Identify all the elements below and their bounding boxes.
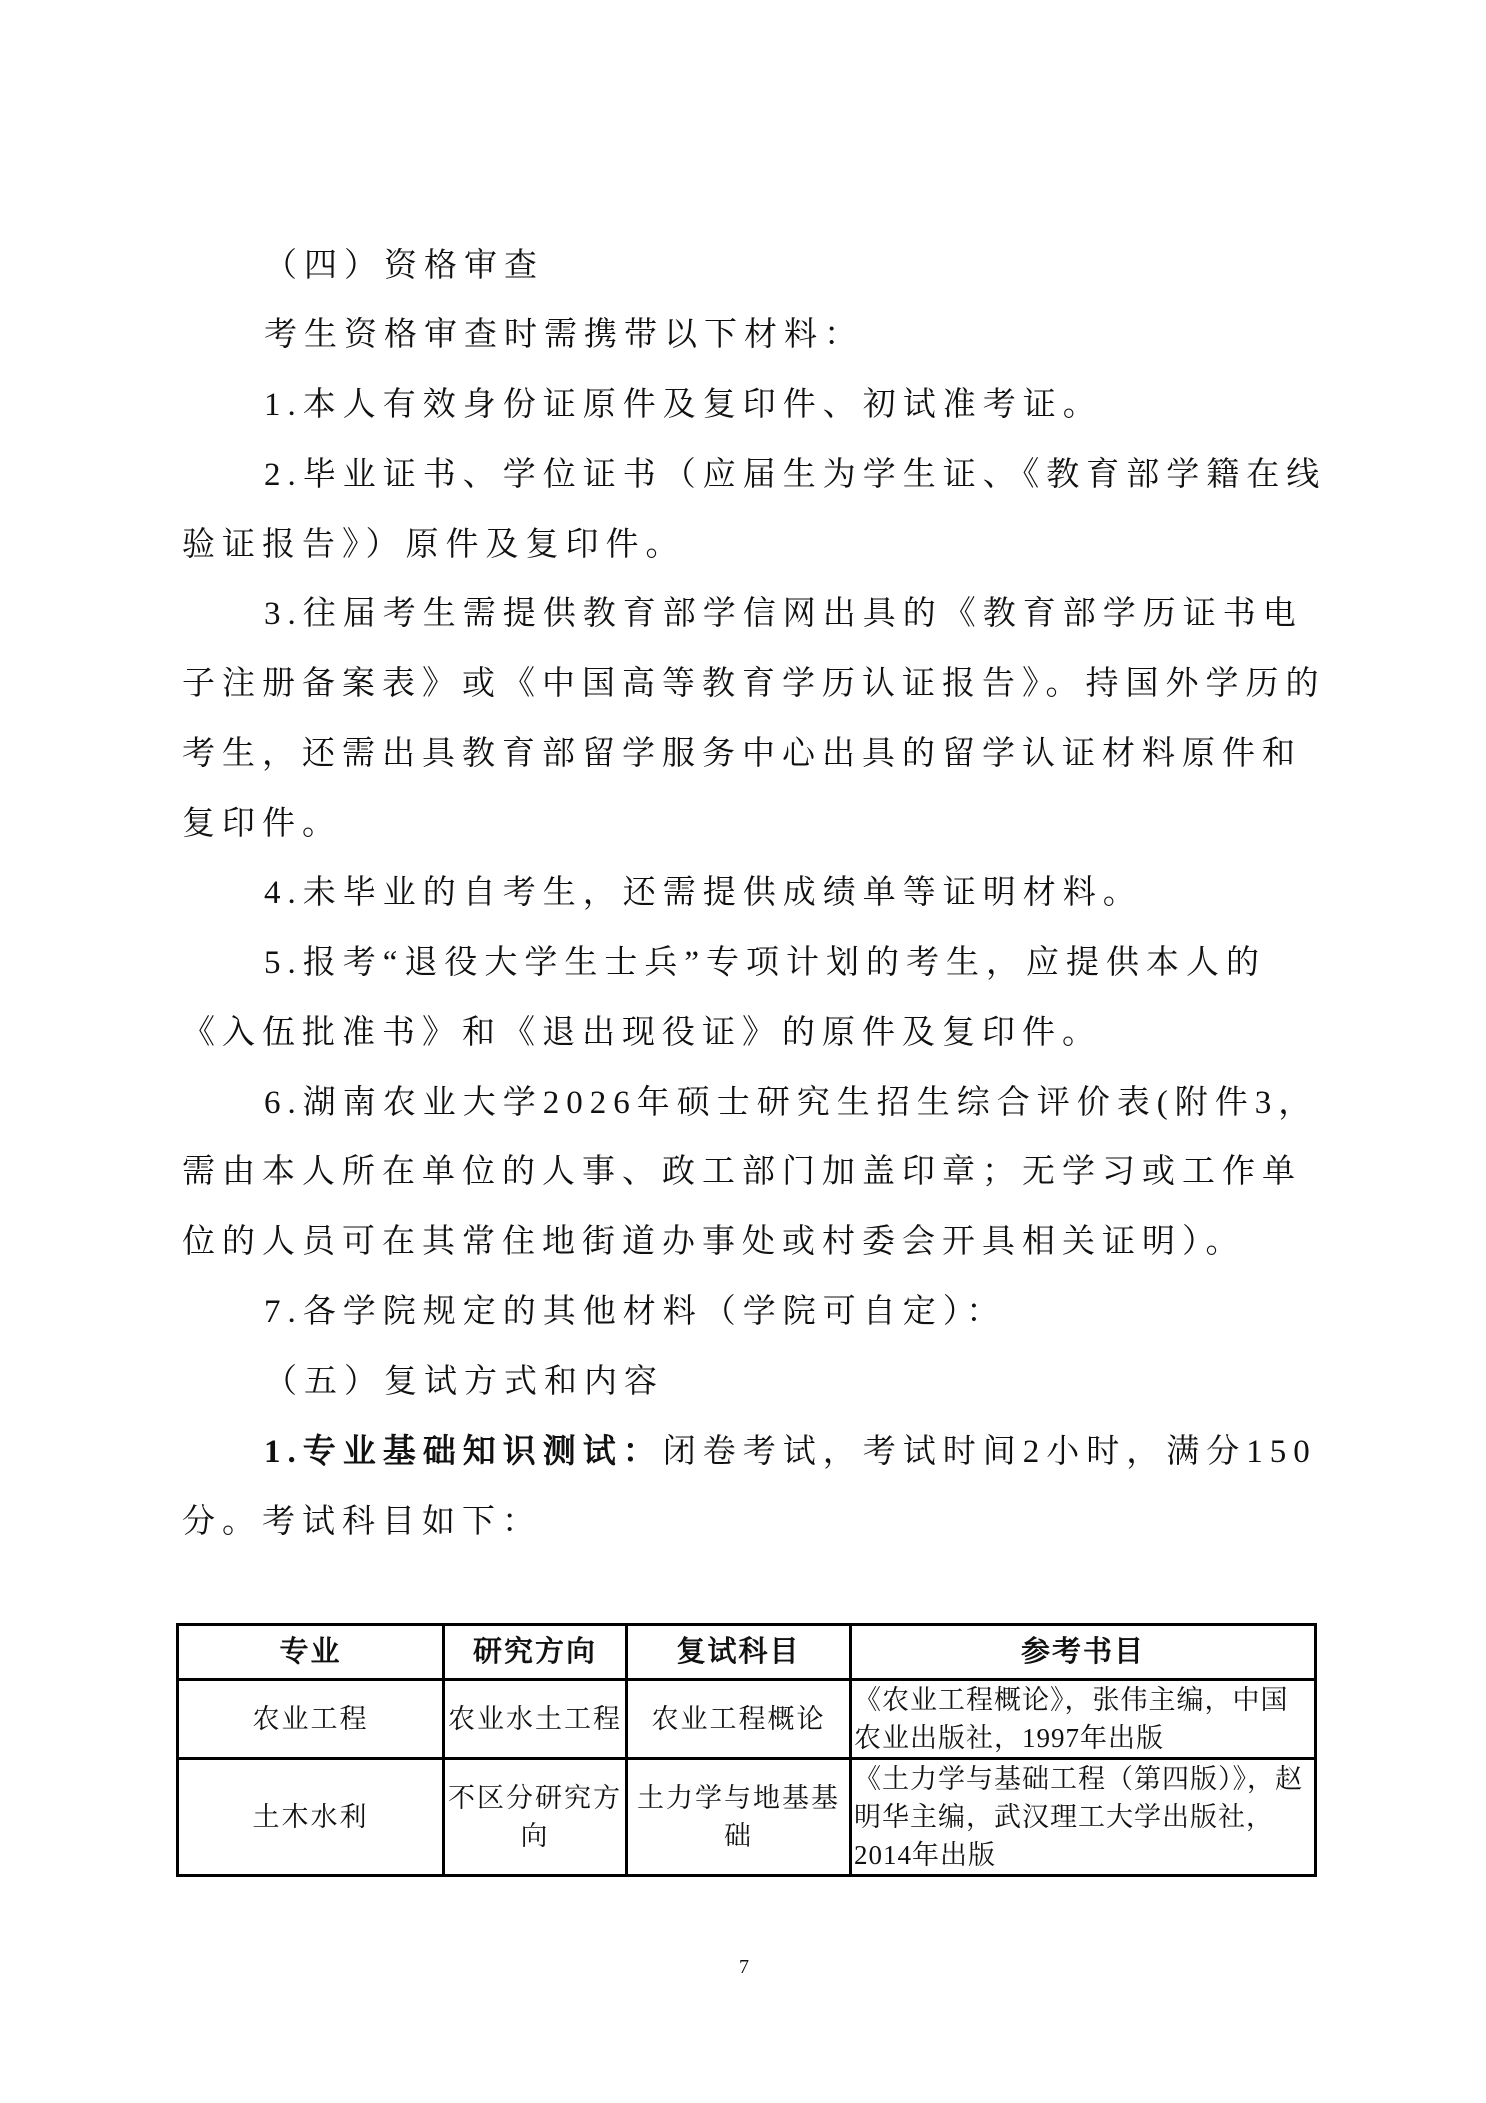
list-item-6-line-2: 需由本人所在单位的人事、政工部门加盖印章；无学习或工作单 — [182, 1152, 1302, 1192]
retest-item-1-line-2: 分。考试科目如下： — [182, 1502, 542, 1542]
cell-major: 土木水利 — [178, 1759, 444, 1876]
header-research-direction: 研究方向 — [444, 1625, 627, 1680]
section-heading-retest-method: （五）复试方式和内容 — [264, 1362, 664, 1402]
retest-item-1-title: 1.专业基础知识测试： — [264, 1434, 663, 1470]
list-item-4: 4.未毕业的自考生，还需提供成绩单等证明材料。 — [264, 873, 1143, 913]
list-item-2-line-1: 2.毕业证书、学位证书（应届生为学生证、《教育部学籍在线 — [264, 455, 1326, 495]
exam-subjects-table: 专业 研究方向 复试科目 参考书目 农业工程 农业水土工程 农业工程概论 《农业… — [176, 1623, 1317, 1877]
list-item-2-line-2: 验证报告》）原件及复印件。 — [182, 525, 686, 565]
table-row: 农业工程 农业水土工程 农业工程概论 《农业工程概论》，张伟主编，中国农业出版社… — [178, 1680, 1316, 1759]
list-item-7: 7.各学院规定的其他材料（学院可自定）： — [264, 1292, 1006, 1332]
section-heading-qualification-review: （四）资格审查 — [264, 246, 544, 286]
document-page: （四）资格审查 考生资格审查时需携带以下材料： 1.本人有效身份证原件及复印件、… — [0, 0, 1486, 2103]
page-number: 7 — [739, 1955, 749, 1979]
cell-retest-subject: 农业工程概论 — [627, 1680, 851, 1759]
list-item-5-line-1: 5.报考“退役大学生士兵”专项计划的考生，应提供本人的 — [264, 943, 1266, 983]
list-item-6-line-3: 位的人员可在其常住地街道办事处或村委会开具相关证明）。 — [182, 1222, 1246, 1262]
list-item-6-line-1: 6.湖南农业大学2026年硕士研究生招生综合评价表(附件3， — [264, 1083, 1318, 1123]
intro-paragraph: 考生资格审查时需携带以下材料： — [264, 315, 864, 355]
list-item-1: 1.本人有效身份证原件及复印件、初试准考证。 — [264, 385, 1103, 425]
list-item-3-line-2: 子注册备案表》或《中国高等教育学历认证报告》。持国外学历的 — [182, 664, 1326, 704]
cell-retest-subject: 土力学与地基基础 — [627, 1759, 851, 1876]
cell-reference-books: 《土力学与基础工程（第四版）》，赵明华主编，武汉理工大学出版社，2014年出版 — [851, 1759, 1316, 1876]
list-item-3-line-3: 考生，还需出具教育部留学服务中心出具的留学认证材料原件和 — [182, 734, 1302, 774]
retest-item-1-text: 闭卷考试，考试时间2小时，满分150 — [663, 1434, 1317, 1470]
header-reference-books: 参考书目 — [851, 1625, 1316, 1680]
cell-research-direction: 农业水土工程 — [444, 1680, 627, 1759]
cell-major: 农业工程 — [178, 1680, 444, 1759]
retest-item-1-line-1: 1.专业基础知识测试：闭卷考试，考试时间2小时，满分150 — [264, 1432, 1317, 1472]
table-row: 土木水利 不区分研究方向 土力学与地基基础 《土力学与基础工程（第四版）》，赵明… — [178, 1759, 1316, 1876]
list-item-3-line-1: 3.往届考生需提供教育部学信网出具的《教育部学历证书电 — [264, 594, 1303, 634]
list-item-3-line-4: 复印件。 — [182, 804, 342, 844]
cell-reference-books: 《农业工程概论》，张伟主编，中国农业出版社，1997年出版 — [851, 1680, 1316, 1759]
header-retest-subject: 复试科目 — [627, 1625, 851, 1680]
cell-research-direction: 不区分研究方向 — [444, 1759, 627, 1876]
header-major: 专业 — [178, 1625, 444, 1680]
table-header-row: 专业 研究方向 复试科目 参考书目 — [178, 1625, 1316, 1680]
list-item-5-line-2: 《入伍批准书》和《退出现役证》的原件及复印件。 — [182, 1013, 1102, 1053]
